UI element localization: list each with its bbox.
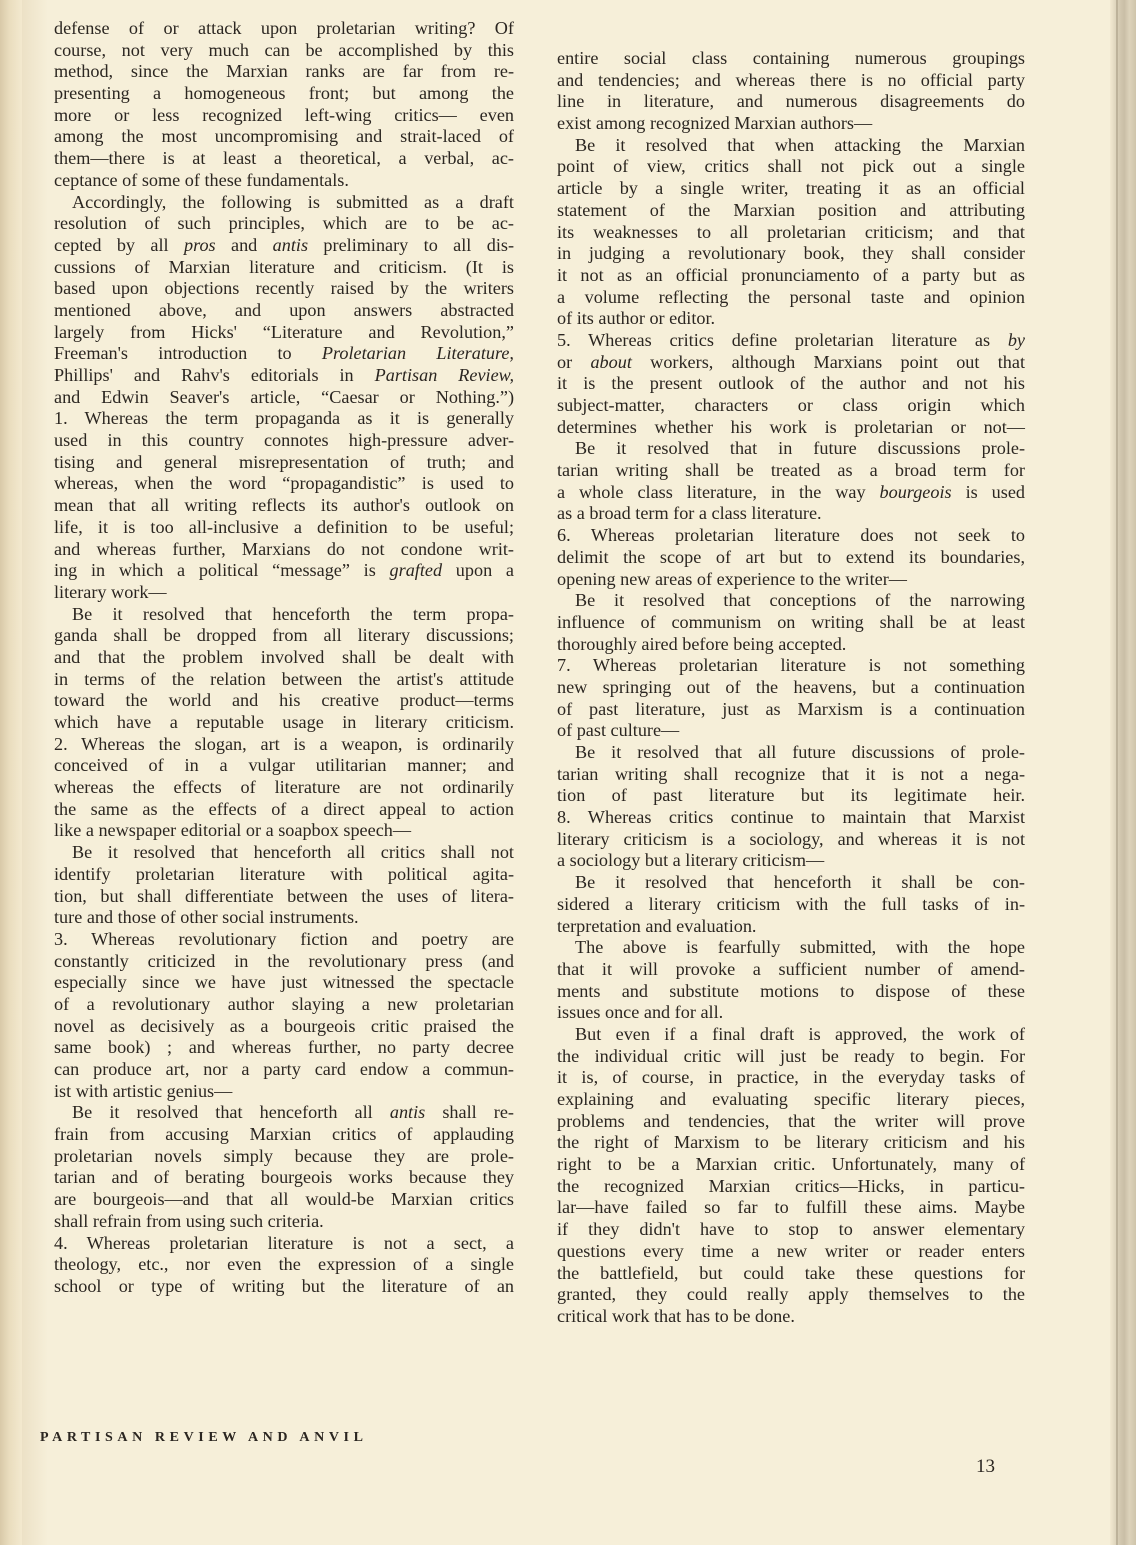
text-line: the battlefield, but could take these qu… bbox=[557, 1263, 1025, 1285]
text-line: literary criticism is a sociology, and w… bbox=[557, 829, 1025, 851]
text-line: Be it resolved that henceforth all antis… bbox=[54, 1102, 514, 1124]
text-line: it is, of course, in practice, in the ev… bbox=[557, 1067, 1025, 1089]
text-line: like a newspaper editorial or a soapbox … bbox=[54, 820, 514, 842]
text-line: especially since we have just witnessed … bbox=[54, 972, 514, 994]
text-line: if they didn't have to stop to answer el… bbox=[557, 1219, 1025, 1241]
text-line: The above is fearfully submitted, with t… bbox=[557, 937, 1025, 959]
text-line: cepted by all pros and antis preliminary… bbox=[54, 235, 514, 257]
text-line: Accordingly, the following is submitted … bbox=[54, 192, 514, 214]
text-line: of a revolutionary author slaying a new … bbox=[54, 994, 514, 1016]
text-line: Freeman's introduction to Proletarian Li… bbox=[54, 343, 514, 365]
text-line: line in literature, and numerous disagre… bbox=[557, 91, 1025, 113]
text-line: in judging a revolutionary book, they sh… bbox=[557, 243, 1025, 265]
text-line: 2. Whereas the slogan, art is a weapon, … bbox=[54, 734, 514, 756]
text-line: determines whether his work is proletari… bbox=[557, 417, 1025, 439]
text-line: shall refrain from using such criteria. bbox=[54, 1211, 514, 1233]
text-line: constantly criticized in the revolutiona… bbox=[54, 951, 514, 973]
text-line: tion of past literature but its legitima… bbox=[557, 785, 1025, 807]
right-column-text: entire social class containing numerous … bbox=[557, 48, 1025, 1328]
text-line: the right of Marxism to be literary crit… bbox=[557, 1132, 1025, 1154]
text-line: Be it resolved that when attacking the M… bbox=[557, 135, 1025, 157]
text-line: critical work that has to be done. bbox=[557, 1306, 1025, 1328]
text-line: frain from accusing Marxian critics of a… bbox=[54, 1124, 514, 1146]
text-line: Be it resolved that all future discussio… bbox=[557, 742, 1025, 764]
text-line: lar—have failed so far to fulfill these … bbox=[557, 1197, 1025, 1219]
text-line: in terms of the relation between the art… bbox=[54, 669, 514, 691]
text-line: ing in which a political “message” is gr… bbox=[54, 560, 514, 582]
text-line: and whereas further, Marxians do not con… bbox=[54, 539, 514, 561]
text-line: which have a reputable usage in literary… bbox=[54, 712, 514, 734]
text-line: Be it resolved that henceforth the term … bbox=[54, 604, 514, 626]
text-line: and that the problem involved shall be d… bbox=[54, 647, 514, 669]
text-line: 4. Whereas proletarian literature is not… bbox=[54, 1233, 514, 1255]
text-line: right to be a Marxian critic. Unfortunat… bbox=[557, 1154, 1025, 1176]
text-line: of its author or editor. bbox=[557, 308, 1025, 330]
text-line: influence of communism on writing shall … bbox=[557, 612, 1025, 634]
text-line: tarian writing shall be treated as a bro… bbox=[557, 460, 1025, 482]
text-line: novel as decisively as a bourgeois criti… bbox=[54, 1016, 514, 1038]
text-line: granted, they could really apply themsel… bbox=[557, 1284, 1025, 1306]
text-line: statement of the Marxian position and at… bbox=[557, 200, 1025, 222]
text-line: new springing out of the heavens, but a … bbox=[557, 677, 1025, 699]
text-line: and Edwin Seaver's article, “Caesar or N… bbox=[54, 387, 514, 409]
text-line: Be it resolved that conceptions of the n… bbox=[557, 590, 1025, 612]
text-line: or about workers, although Marxians poin… bbox=[557, 352, 1025, 374]
left-column-text: defense of or attack upon proletarian wr… bbox=[54, 18, 514, 1298]
text-line: But even if a final draft is approved, t… bbox=[557, 1024, 1025, 1046]
text-line: subject-matter, characters or class orig… bbox=[557, 395, 1025, 417]
text-line: the individual critic will just be ready… bbox=[557, 1046, 1025, 1068]
text-line: 8. Whereas critics continue to maintain … bbox=[557, 807, 1025, 829]
text-line: 7. Whereas proletarian literature is not… bbox=[557, 655, 1025, 677]
text-line: defense of or attack upon proletarian wr… bbox=[54, 18, 514, 40]
text-line: a whole class literature, in the way bou… bbox=[557, 482, 1025, 504]
text-line: among the most uncompromising and strait… bbox=[54, 126, 514, 148]
text-line: whereas, when the word “propagandistic” … bbox=[54, 473, 514, 495]
text-line: 6. Whereas proletarian literature does n… bbox=[557, 525, 1025, 547]
text-line: ments and substitute motions to dispose … bbox=[557, 981, 1025, 1003]
text-line: tising and general misrepresentation of … bbox=[54, 452, 514, 474]
text-line: 3. Whereas revolutionary fiction and poe… bbox=[54, 929, 514, 951]
text-line: identify proletarian literature with pol… bbox=[54, 864, 514, 886]
text-line: sidered a literary criticism with the fu… bbox=[557, 894, 1025, 916]
text-line: theology, etc., nor even the expression … bbox=[54, 1254, 514, 1276]
text-line: and tendencies; and whereas there is no … bbox=[557, 70, 1025, 92]
text-line: questions every time a new writer or rea… bbox=[557, 1241, 1025, 1263]
page-edge-line bbox=[1116, 0, 1118, 1545]
text-line: entire social class containing numerous … bbox=[557, 48, 1025, 70]
text-line: article by a single writer, treating it … bbox=[557, 178, 1025, 200]
text-line: can produce art, nor a party card endow … bbox=[54, 1059, 514, 1081]
text-line: presenting a homogeneous front; but amon… bbox=[54, 83, 514, 105]
text-line: of past culture— bbox=[557, 720, 1025, 742]
text-line: point of view, critics shall not pick ou… bbox=[557, 156, 1025, 178]
text-line: its weaknesses to all proletarian critic… bbox=[557, 222, 1025, 244]
text-line: more or less recognized left-wing critic… bbox=[54, 105, 514, 127]
page-gutter-shadow bbox=[22, 0, 48, 1545]
text-line: tion, but shall differentiate between th… bbox=[54, 886, 514, 908]
text-line: problems and tendencies, that the writer… bbox=[557, 1111, 1025, 1133]
text-line: Be it resolved that in future discussion… bbox=[557, 438, 1025, 460]
text-line: ture and those of other social instrumen… bbox=[54, 907, 514, 929]
text-line: proletarian novels simply because they a… bbox=[54, 1146, 514, 1168]
text-line: used in this country connotes high-press… bbox=[54, 430, 514, 452]
text-line: it is the present outlook of the author … bbox=[557, 373, 1025, 395]
text-line: tarian writing shall recognize that it i… bbox=[557, 764, 1025, 786]
text-line: literary work— bbox=[54, 582, 514, 604]
text-line: mentioned above, and upon answers abstra… bbox=[54, 300, 514, 322]
text-line: course, not very much can be accomplishe… bbox=[54, 40, 514, 62]
text-line: toward the world and his creative produc… bbox=[54, 690, 514, 712]
page-edge-right bbox=[1110, 0, 1136, 1545]
text-line: a sociology but a literary criticism— bbox=[557, 850, 1025, 872]
text-line: ceptance of some of these fundamentals. bbox=[54, 170, 514, 192]
text-line: ganda shall be dropped from all literary… bbox=[54, 625, 514, 647]
page-gutter-left bbox=[0, 0, 22, 1545]
text-line: issues once and for all. bbox=[557, 1002, 1025, 1024]
text-line: method, since the Marxian ranks are far … bbox=[54, 61, 514, 83]
text-line: the recognized Marxian critics—Hicks, in… bbox=[557, 1176, 1025, 1198]
text-line: delimit the scope of art but to extend i… bbox=[557, 547, 1025, 569]
text-line: exist among recognized Marxian authors— bbox=[557, 113, 1025, 135]
text-line: explaining and evaluating specific liter… bbox=[557, 1089, 1025, 1111]
text-line: terpretation and evaluation. bbox=[557, 916, 1025, 938]
text-line: a volume reflecting the personal taste a… bbox=[557, 287, 1025, 309]
text-line: it not as an official pronunciamento of … bbox=[557, 265, 1025, 287]
text-line: of past literature, just as Marxism is a… bbox=[557, 699, 1025, 721]
text-line: opening new areas of experience to the w… bbox=[557, 569, 1025, 591]
text-line: largely from Hicks' “Literature and Revo… bbox=[54, 322, 514, 344]
text-line: same book) ; and whereas further, no par… bbox=[54, 1037, 514, 1059]
page-number: 13 bbox=[976, 1456, 995, 1478]
text-line: that it will provoke a sufficient number… bbox=[557, 959, 1025, 981]
text-line: conceived of in a vulgar utilitarian man… bbox=[54, 755, 514, 777]
text-line: as a broad term for a class literature. bbox=[557, 503, 1025, 525]
text-line: them—there is at least a theoretical, a … bbox=[54, 148, 514, 170]
text-line: cussions of Marxian literature and criti… bbox=[54, 257, 514, 279]
text-line: 1. Whereas the term propaganda as it is … bbox=[54, 408, 514, 430]
text-line: ist with artistic genius— bbox=[54, 1081, 514, 1103]
text-line: Be it resolved that henceforth it shall … bbox=[557, 872, 1025, 894]
text-line: the same as the effects of a direct appe… bbox=[54, 799, 514, 821]
text-line: mean that all writing reflects its autho… bbox=[54, 495, 514, 517]
text-line: tarian and of berating bourgeois works b… bbox=[54, 1167, 514, 1189]
running-footer-title: PARTISAN REVIEW AND ANVIL bbox=[40, 1430, 368, 1446]
text-line: are bourgeois—and that all would-be Marx… bbox=[54, 1189, 514, 1211]
text-line: Phillips' and Rahv's editorials in Parti… bbox=[54, 365, 514, 387]
text-line: whereas the effects of literature are no… bbox=[54, 777, 514, 799]
text-line: 5. Whereas critics define proletarian li… bbox=[557, 330, 1025, 352]
text-line: Be it resolved that henceforth all criti… bbox=[54, 842, 514, 864]
text-line: based upon objections recently raised by… bbox=[54, 278, 514, 300]
text-line: life, it is too all-inclusive a definiti… bbox=[54, 517, 514, 539]
text-line: school or type of writing but the litera… bbox=[54, 1276, 514, 1298]
text-line: thoroughly aired before being accepted. bbox=[557, 634, 1025, 656]
text-line: resolution of such principles, which are… bbox=[54, 213, 514, 235]
